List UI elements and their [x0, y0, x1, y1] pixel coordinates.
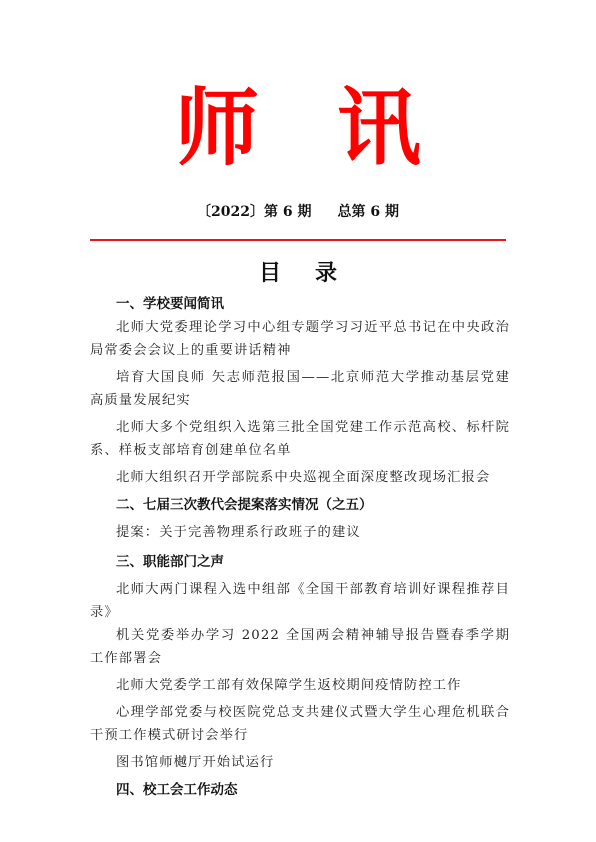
toc-title: 目录	[0, 258, 596, 290]
toc-item[interactable]: 北师大党委学工部有效保障学生返校期间疫情防控工作	[90, 674, 510, 697]
toc-item[interactable]: 图书馆师樾厅开始试运行	[90, 751, 510, 774]
toc-item[interactable]: 提案：关于完善物理系行政班子的建议	[90, 521, 510, 544]
toc-item[interactable]: 北师大两门课程入选中组部《全国干部教育培训好课程推荐目录》	[90, 578, 510, 624]
total-issue-number: 总第 6 期	[337, 204, 399, 220]
toc-item[interactable]: 心理学部党委与校医院党总支共建仪式暨大学生心理危机联合干预工作模式研讨会举行	[90, 701, 510, 747]
red-divider	[90, 239, 506, 241]
masthead-char-2: 讯	[337, 78, 421, 178]
toc-item[interactable]: 机关党委举办学习 2022 全国两会精神辅导报告暨春季学期工作部署会	[90, 624, 510, 670]
masthead-title: 师讯	[0, 78, 596, 178]
toc-item[interactable]: 北师大党委理论学习中心组专题学习习近平总书记在中央政治局常委会会议上的重要讲话精…	[90, 316, 510, 362]
toc-section-heading[interactable]: 三、职能部门之声	[90, 550, 510, 574]
toc-item[interactable]: 培育大国良师 矢志师范报国——北京师范大学推动基层党建高质量发展纪实	[90, 366, 510, 412]
toc-item[interactable]: 北师大组织召开学部院系中央巡视全面深度整改现场汇报会	[90, 466, 510, 489]
toc-item[interactable]: 北师大多个党组织入选第三批全国党建工作示范高校、标杆院系、样板支部培育创建单位名…	[90, 416, 510, 462]
toc-section-heading[interactable]: 二、七届三次教代会提案落实情况（之五）	[90, 493, 510, 517]
issue-line: 〔2022〕第 6 期总第 6 期	[0, 202, 596, 222]
masthead-char-1: 师	[175, 78, 259, 178]
toc-section-heading[interactable]: 一、学校要闻简讯	[90, 292, 510, 316]
toc-section-heading[interactable]: 四、校工会工作动态	[90, 778, 510, 802]
issue-number: 〔2022〕第 6 期	[197, 204, 311, 220]
table-of-contents: 一、学校要闻简讯 北师大党委理论学习中心组专题学习习近平总书记在中央政治局常委会…	[90, 292, 510, 802]
